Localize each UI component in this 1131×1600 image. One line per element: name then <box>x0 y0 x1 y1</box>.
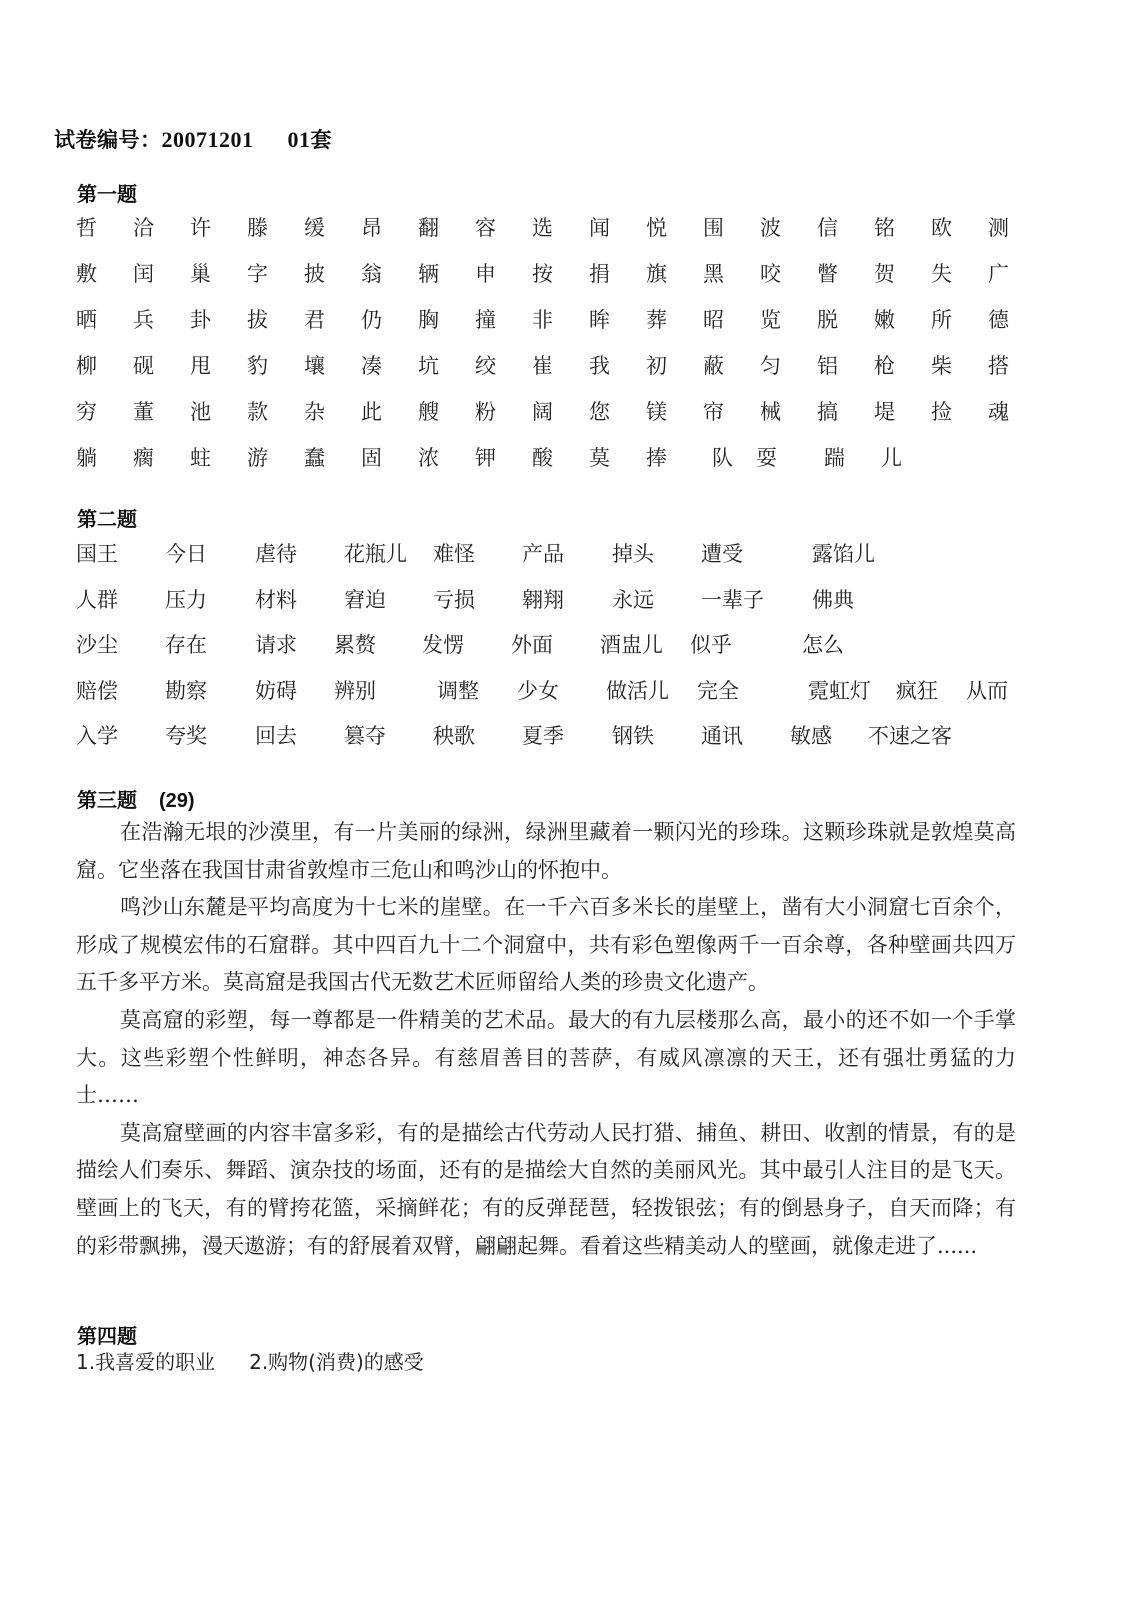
character-item: 哲 <box>76 212 97 242</box>
passage-paragraph: 在浩瀚无垠的沙漠里，有一片美丽的绿洲，绿洲里藏着一颗闪光的珍珠。这颗珍珠就是敦煌… <box>76 814 1016 889</box>
character-item: 耍 <box>756 442 777 472</box>
word-item: 露馅儿 <box>812 538 875 568</box>
character-item: 晒 <box>76 304 97 334</box>
character-item: 览 <box>760 304 781 334</box>
word-item: 花瓶儿 <box>344 538 407 568</box>
word-item: 调整 <box>437 675 479 705</box>
character-item: 兵 <box>133 304 154 334</box>
word-item: 一辈子 <box>701 584 764 614</box>
character-item: 君 <box>304 304 325 334</box>
character-item: 闻 <box>589 212 610 242</box>
character-item: 坑 <box>418 350 439 380</box>
character-item: 您 <box>589 396 610 426</box>
character-item: 浓 <box>418 442 439 472</box>
character-item: 躺 <box>76 442 97 472</box>
word-item: 疯狂 <box>896 675 938 705</box>
character-item: 辆 <box>418 258 439 288</box>
word-item: 人群 <box>76 584 118 614</box>
character-item: 缓 <box>304 212 325 242</box>
character-item: 瞥 <box>817 258 838 288</box>
character-item: 铭 <box>874 212 895 242</box>
character-item: 莫 <box>589 442 610 472</box>
character-item: 滕 <box>247 212 268 242</box>
character-item: 搭 <box>988 350 1009 380</box>
word-item: 完全 <box>697 675 739 705</box>
passage-paragraph: 鸣沙山东麓是平均高度为十七米的崖壁。在一千六百多米长的崖壁上，凿有大小洞窟七百余… <box>76 889 1016 1002</box>
character-item: 初 <box>646 350 667 380</box>
character-item: 波 <box>760 212 781 242</box>
character-item: 失 <box>931 258 952 288</box>
character-item: 容 <box>475 212 496 242</box>
section-2-title: 第二题 <box>77 503 137 532</box>
word-item: 敏感 <box>790 720 832 750</box>
character-item: 崔 <box>532 350 553 380</box>
word-item: 永远 <box>612 584 654 614</box>
character-item: 非 <box>532 304 553 334</box>
topic-item: 2.购物(消费)的感受 <box>249 1350 424 1374</box>
word-item: 外面 <box>511 629 553 659</box>
word-item: 压力 <box>165 584 207 614</box>
word-item: 夏季 <box>522 720 564 750</box>
character-item: 蔽 <box>703 350 724 380</box>
word-item: 做活儿 <box>606 675 669 705</box>
character-item: 帘 <box>703 396 724 426</box>
character-item: 仍 <box>361 304 382 334</box>
character-item: 我 <box>589 350 610 380</box>
character-item: 拔 <box>247 304 268 334</box>
reading-passage: 在浩瀚无垠的沙漠里，有一片美丽的绿洲，绿洲里藏着一颗闪光的珍珠。这颗珍珠就是敦煌… <box>76 814 1016 1265</box>
character-item: 字 <box>247 258 268 288</box>
word-item: 存在 <box>165 629 207 659</box>
character-item: 捐 <box>589 258 610 288</box>
character-item: 凑 <box>361 350 382 380</box>
character-item: 铝 <box>817 350 838 380</box>
passage-paragraph: 莫高窟壁画的内容丰富多彩，有的是描绘古代劳动人民打猎、捕鱼、耕田、收割的情景，有… <box>76 1115 1016 1265</box>
word-item: 辨别 <box>334 675 376 705</box>
character-item: 钾 <box>475 442 496 472</box>
character-item: 闰 <box>133 258 154 288</box>
character-item: 魂 <box>988 396 1009 426</box>
word-item: 从而 <box>966 675 1008 705</box>
character-item: 旗 <box>646 258 667 288</box>
character-item: 阔 <box>532 396 553 426</box>
character-item: 葬 <box>646 304 667 334</box>
set-label: 套 <box>311 128 333 152</box>
character-item: 池 <box>190 396 211 426</box>
character-item: 蛀 <box>190 442 211 472</box>
paper-code-label: 试卷编号： <box>54 128 162 152</box>
word-item: 霓虹灯 <box>808 675 871 705</box>
character-item: 所 <box>931 304 952 334</box>
character-item: 枪 <box>874 350 895 380</box>
character-item: 德 <box>988 304 1009 334</box>
word-item: 妨碍 <box>255 675 297 705</box>
character-item: 悦 <box>646 212 667 242</box>
character-item: 捧 <box>646 442 667 472</box>
word-item: 篡夺 <box>344 720 386 750</box>
word-item: 翱翔 <box>522 584 564 614</box>
word-item: 遭受 <box>701 538 743 568</box>
word-item: 通讯 <box>701 720 743 750</box>
word-item: 怎么 <box>802 629 844 659</box>
topic-item: 1.我喜爱的职业 <box>76 1350 215 1374</box>
character-item: 眸 <box>589 304 610 334</box>
character-item: 洽 <box>133 212 154 242</box>
word-item: 酒盅儿 <box>600 629 663 659</box>
character-item: 翻 <box>418 212 439 242</box>
word-item: 材料 <box>255 584 297 614</box>
character-item: 搞 <box>817 396 838 426</box>
passage-paragraph: 莫高窟的彩塑，每一尊都是一件精美的艺术品。最大的有九层楼那么高，最小的还不如一个… <box>76 1002 1016 1115</box>
character-item: 固 <box>361 442 382 472</box>
word-item: 发愣 <box>422 629 464 659</box>
character-item: 甩 <box>190 350 211 380</box>
character-item: 胸 <box>418 304 439 334</box>
character-item: 粉 <box>475 396 496 426</box>
word-item: 入学 <box>76 720 118 750</box>
word-item: 今日 <box>165 538 207 568</box>
character-item: 杂 <box>304 396 325 426</box>
word-item: 产品 <box>522 538 564 568</box>
word-item: 国王 <box>76 538 118 568</box>
character-item: 巢 <box>190 258 211 288</box>
paper-code-number: 20071201 <box>162 127 254 152</box>
character-item: 游 <box>247 442 268 472</box>
character-item: 嫩 <box>874 304 895 334</box>
set-number: 01 <box>288 127 311 152</box>
character-item: 捡 <box>931 396 952 426</box>
character-item: 黑 <box>703 258 724 288</box>
character-item: 蠢 <box>304 442 325 472</box>
character-item: 艘 <box>418 396 439 426</box>
section-4-title: 第四题 <box>77 1320 137 1349</box>
word-item: 请求 <box>255 629 297 659</box>
character-item: 昭 <box>703 304 724 334</box>
character-item: 绞 <box>475 350 496 380</box>
character-item: 穷 <box>76 396 97 426</box>
character-item: 按 <box>532 258 553 288</box>
word-item: 勘察 <box>165 675 207 705</box>
word-item: 窘迫 <box>344 584 386 614</box>
word-item: 赔偿 <box>76 675 118 705</box>
character-item: 儿 <box>881 442 902 472</box>
character-item: 镁 <box>646 396 667 426</box>
character-item: 此 <box>361 396 382 426</box>
character-item: 柳 <box>76 350 97 380</box>
word-item: 秧歌 <box>433 720 475 750</box>
word-item: 佛典 <box>812 584 854 614</box>
section-3-points: (29) <box>159 790 195 812</box>
character-item: 匀 <box>760 350 781 380</box>
character-item: 广 <box>988 258 1009 288</box>
character-item: 许 <box>190 212 211 242</box>
character-item: 脱 <box>817 304 838 334</box>
character-item: 敷 <box>76 258 97 288</box>
character-item: 豹 <box>247 350 268 380</box>
section-3-title-text: 第三题 <box>77 788 137 812</box>
word-item: 难怪 <box>433 538 475 568</box>
word-item: 回去 <box>255 720 297 750</box>
word-item: 掉头 <box>612 538 654 568</box>
word-item: 少女 <box>517 675 559 705</box>
character-item: 堤 <box>874 396 895 426</box>
character-item: 翁 <box>361 258 382 288</box>
character-item: 砚 <box>133 350 154 380</box>
speaking-topics: 1.我喜爱的职业2.购物(消费)的感受 <box>76 1346 424 1375</box>
word-item: 累赘 <box>334 629 376 659</box>
character-item: 柴 <box>931 350 952 380</box>
word-item: 钢铁 <box>612 720 654 750</box>
character-item: 队 <box>712 442 733 472</box>
character-item: 壤 <box>304 350 325 380</box>
character-item: 卦 <box>190 304 211 334</box>
section-1-title: 第一题 <box>77 178 137 207</box>
word-item: 似乎 <box>690 629 732 659</box>
character-item: 披 <box>304 258 325 288</box>
character-item: 信 <box>817 212 838 242</box>
character-item: 欧 <box>931 212 952 242</box>
word-item: 虐待 <box>255 538 297 568</box>
character-item: 械 <box>760 396 781 426</box>
character-item: 款 <box>247 396 268 426</box>
character-item: 董 <box>133 396 154 426</box>
character-item: 贺 <box>874 258 895 288</box>
character-item: 测 <box>988 212 1009 242</box>
section-3-title: 第三题(29) <box>77 784 195 813</box>
word-item: 亏损 <box>433 584 475 614</box>
character-item: 瘸 <box>133 442 154 472</box>
character-item: 昂 <box>361 212 382 242</box>
character-item: 选 <box>532 212 553 242</box>
character-item: 围 <box>703 212 724 242</box>
word-item: 不速之客 <box>868 720 952 750</box>
character-item: 酸 <box>532 442 553 472</box>
word-item: 夸奖 <box>165 720 207 750</box>
character-item: 撞 <box>475 304 496 334</box>
character-item: 踹 <box>824 442 845 472</box>
character-item: 咬 <box>760 258 781 288</box>
word-item: 沙尘 <box>76 629 118 659</box>
character-item: 申 <box>475 258 496 288</box>
paper-header: 试卷编号：2007120101套 <box>54 124 332 154</box>
